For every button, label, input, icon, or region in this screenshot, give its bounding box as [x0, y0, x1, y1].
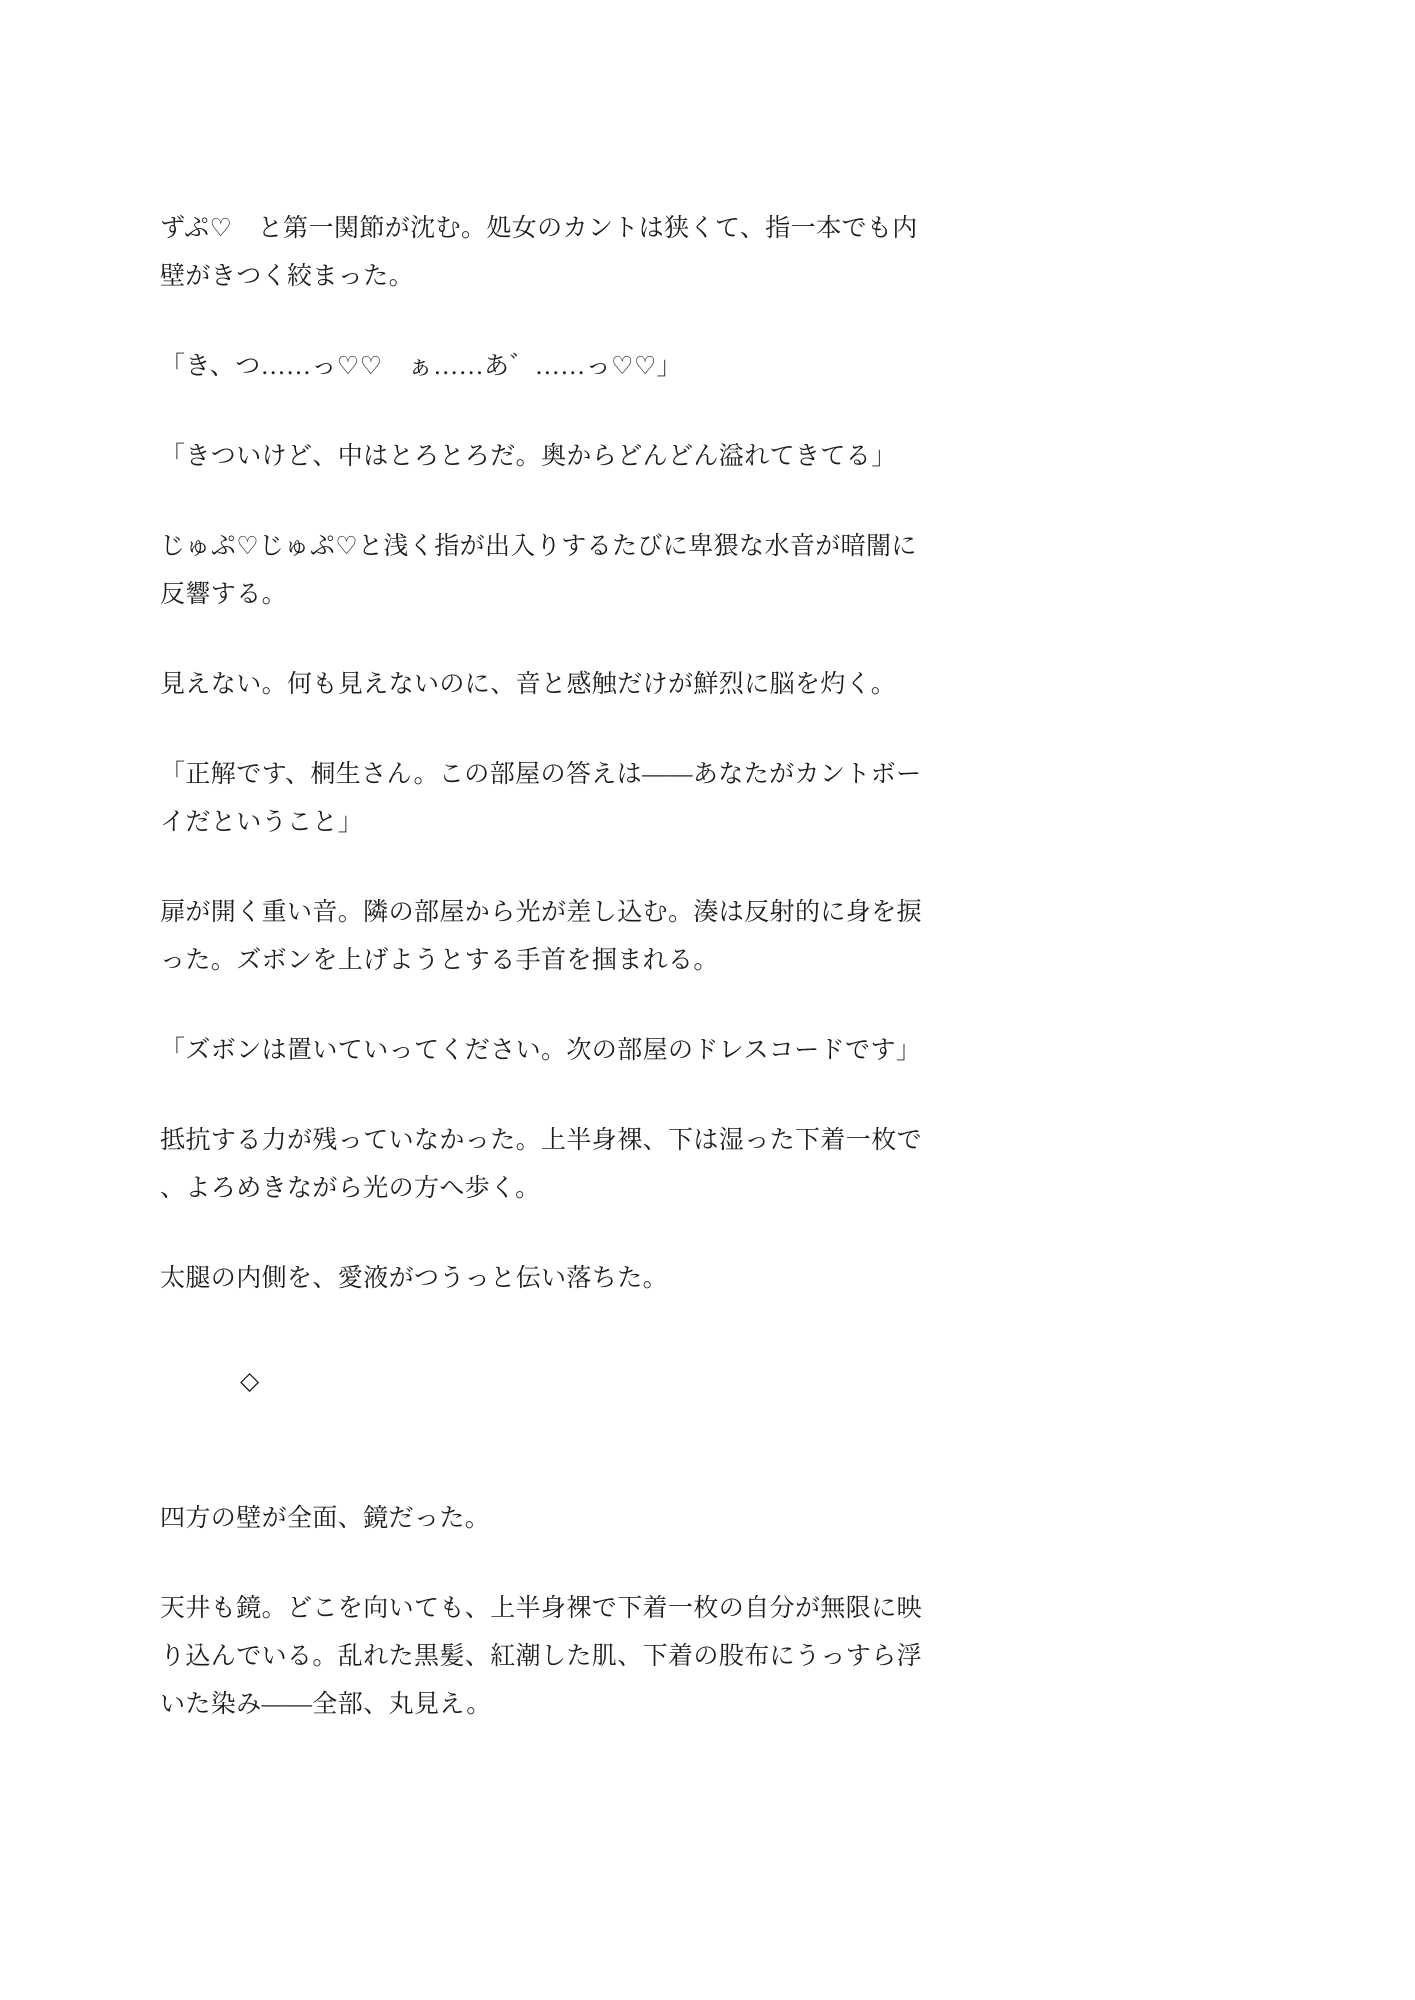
scene-divider-diamond-icon: ◇ [160, 1358, 990, 1406]
paragraph: 抵抗する力が残っていなかった。上半身裸、下は湿った下着一枚で 、よろめきながら光… [160, 1117, 990, 1213]
paragraph: 四方の壁が全面、鏡だった。 [160, 1495, 990, 1543]
paragraph: 見えない。何も見えないのに、音と感触だけが鮮烈に脳を灼く。 [160, 661, 990, 709]
paragraph: 太腿の内側を、愛液がつうっと伝い落ちた。 [160, 1255, 990, 1303]
paragraph: 扉が開く重い音。隣の部屋から光が差し込む。湊は反射的に身を捩 った。ズボンを上げ… [160, 889, 990, 985]
dialogue-line: 「正解です、桐生さん。この部屋の答えは——あなたがカントボー イだということ」 [160, 751, 990, 847]
paragraph: 天井も鏡。どこを向いても、上半身裸で下着一枚の自分が無限に映 り込んでいる。乱れ… [160, 1585, 990, 1729]
dialogue-line: 「きついけど、中はとろとろだ。奥からどんどん溢れてきてる」 [160, 433, 990, 481]
dialogue-line: 「き、つ……っ♡♡ ぁ……あ゛……っ♡♡」 [160, 343, 990, 391]
dialogue-line: 「ズボンは置いていってください。次の部屋のドレスコードです」 [160, 1027, 990, 1075]
document-page: ずぷ♡ と第一関節が沈む。処女のカントは狭くて、指一本でも内 壁がきつく絞まった… [0, 0, 1415, 2000]
paragraph: じゅぷ♡じゅぷ♡と浅く指が出入りするたびに卑猥な水音が暗闇に 反響する。 [160, 523, 990, 619]
paragraph: ずぷ♡ と第一関節が沈む。処女のカントは狭くて、指一本でも内 壁がきつく絞まった… [160, 205, 990, 301]
